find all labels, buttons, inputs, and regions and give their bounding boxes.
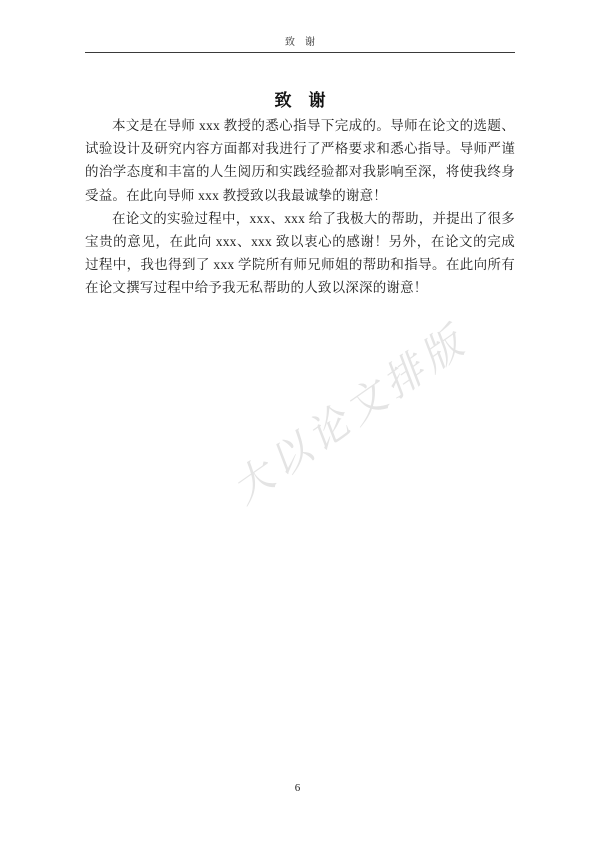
acknowledgement-body: 本文是在导师 xxx 教授的悉心指导下完成的。导师在论文的选题、试验设计及研究内… <box>85 114 515 300</box>
running-header-title: 致 谢 <box>285 37 315 48</box>
document-page: 致 谢 大以论文排版 致 谢 本文是在导师 xxx 教授的悉心指导下完成的。导师… <box>0 0 595 842</box>
watermark-text: 大以论文排版 <box>205 300 496 530</box>
paragraph-1: 本文是在导师 xxx 教授的悉心指导下完成的。导师在论文的选题、试验设计及研究内… <box>85 114 515 207</box>
page-header: 致 谢 <box>85 33 515 53</box>
page-title: 致 谢 <box>85 86 515 111</box>
page-footer: 6 <box>0 782 595 794</box>
paragraph-2: 在论文的实验过程中，xxx、xxx 给了我极大的帮助，并提出了很多宝贵的意见，在… <box>85 207 515 300</box>
page-number: 6 <box>295 782 301 794</box>
